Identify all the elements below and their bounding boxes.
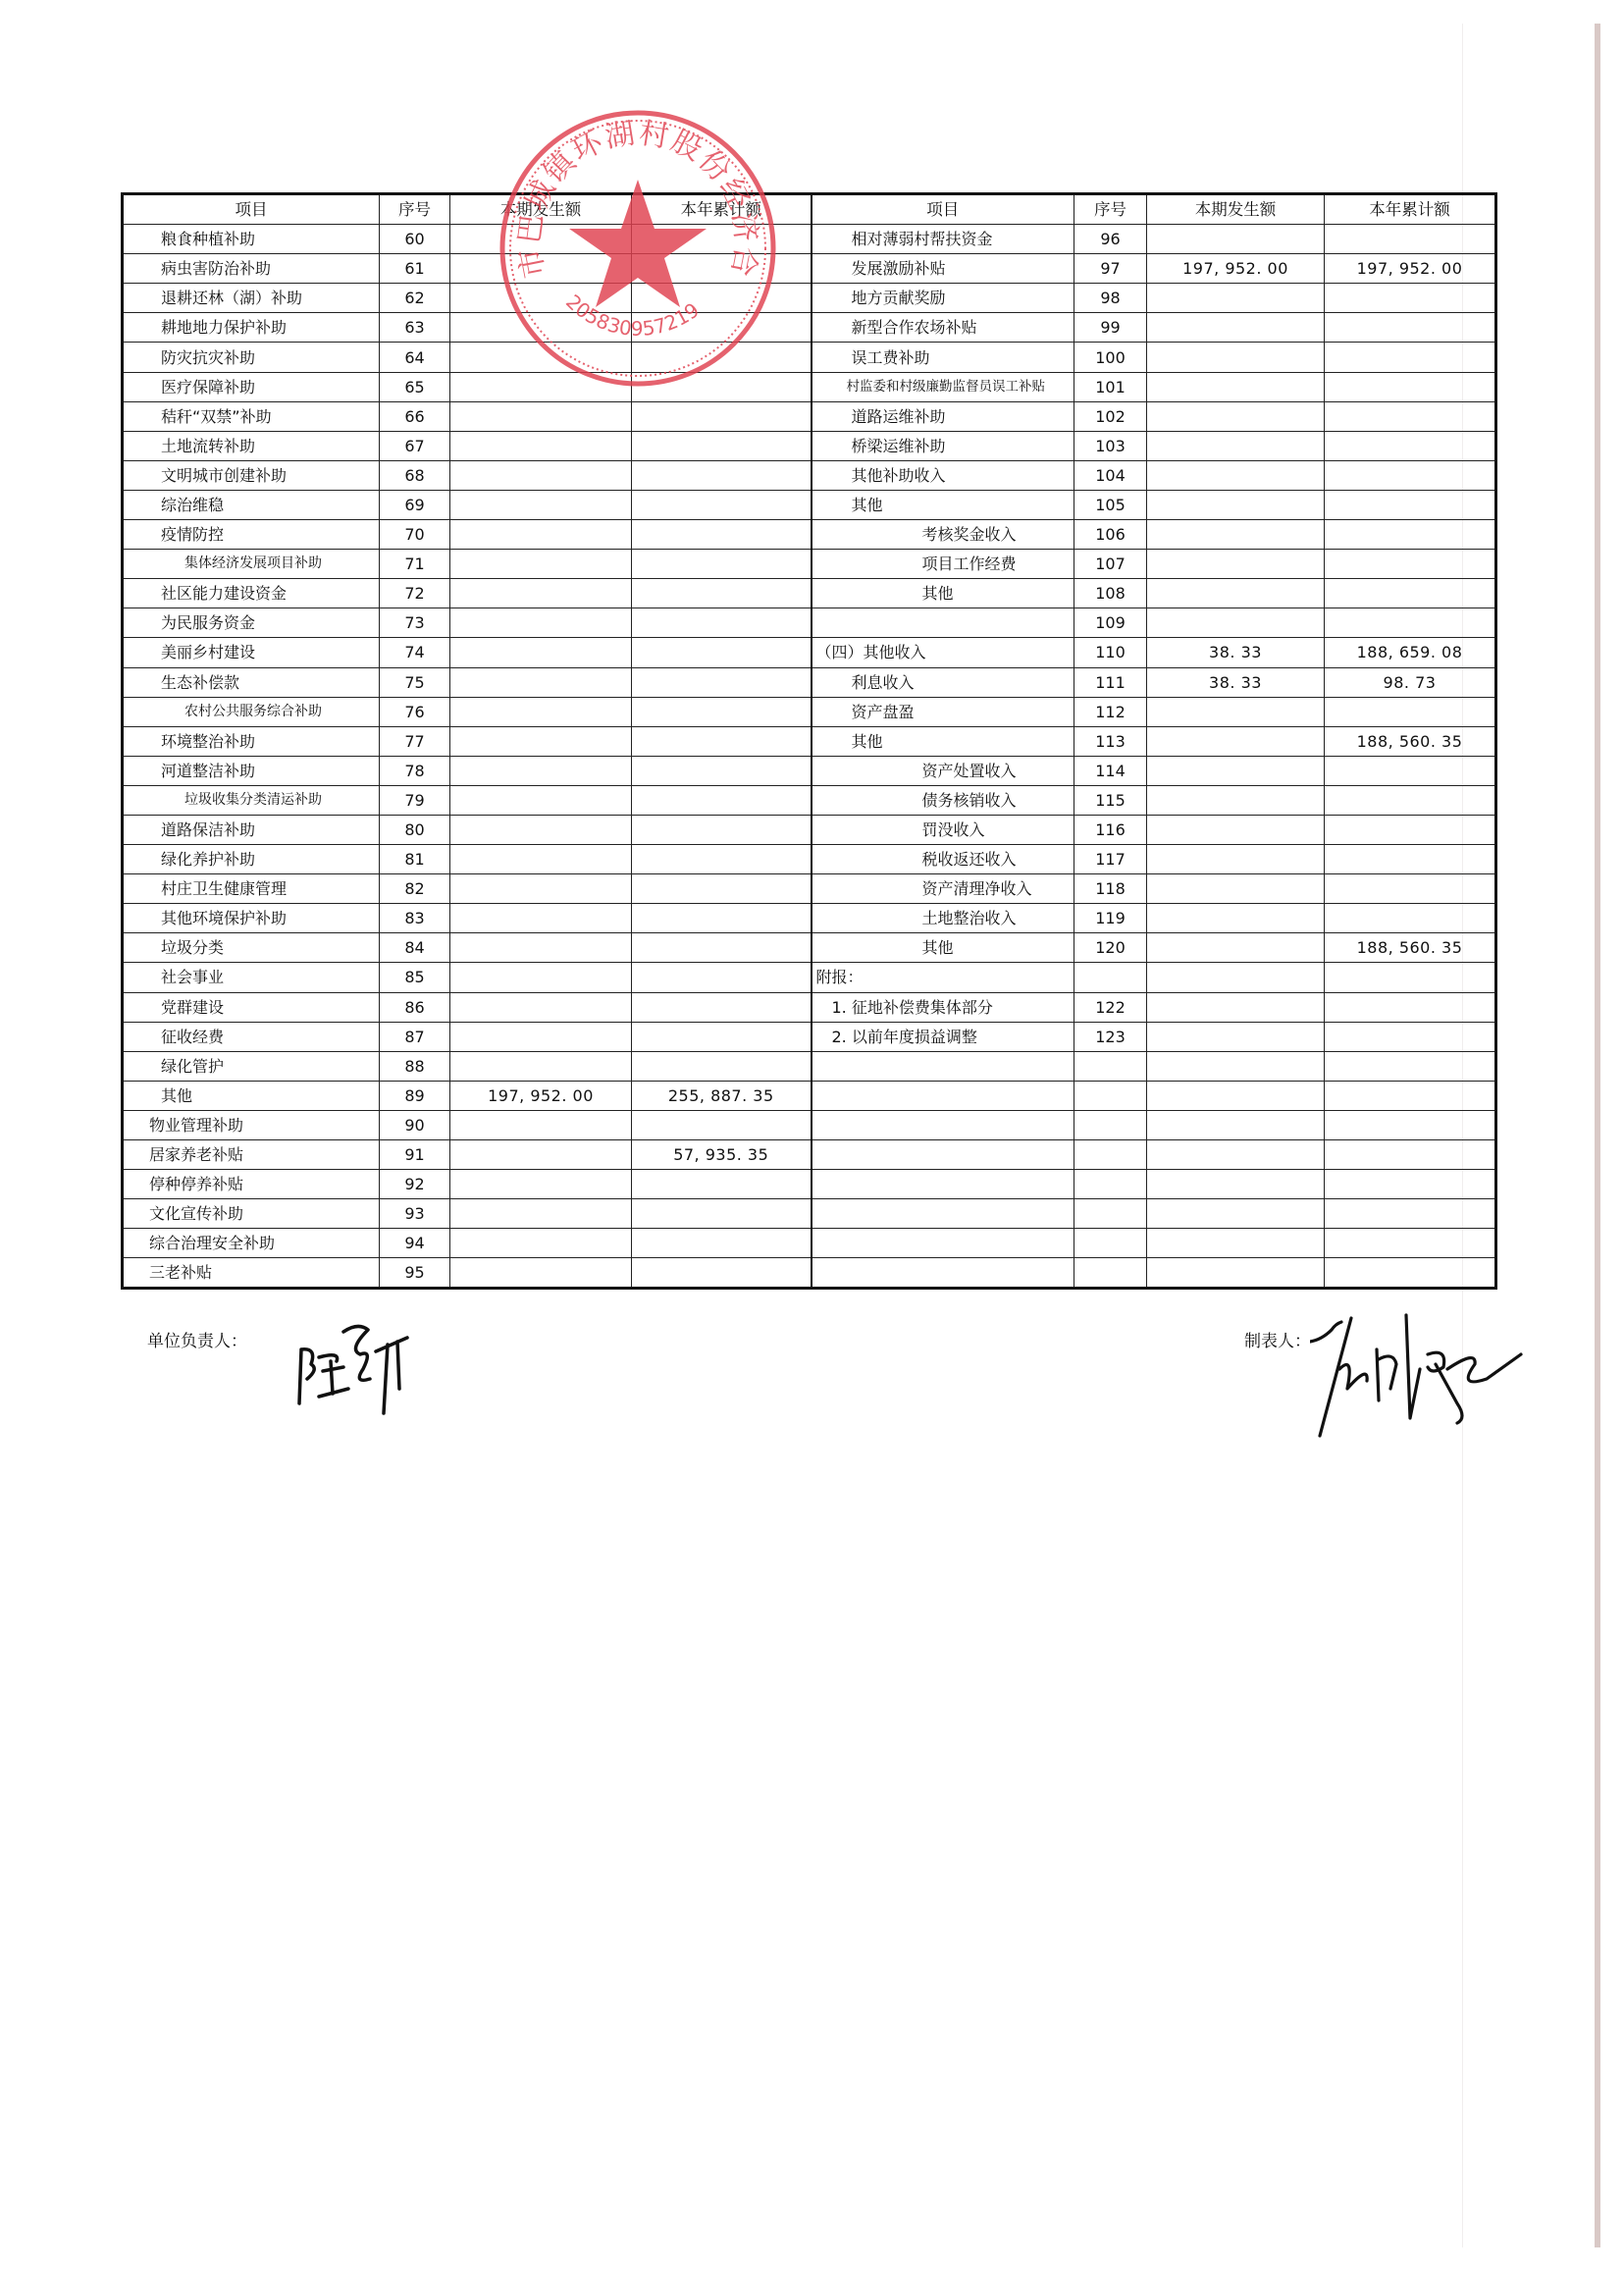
- row-item: 土地流转补助: [123, 431, 380, 460]
- table-row: 绿化养护补助81税收返还收入117: [123, 845, 1496, 874]
- row-current-amount: [450, 726, 632, 756]
- row-seq-right: 98: [1074, 284, 1147, 313]
- row-current-amount: [450, 697, 632, 726]
- row-item-right: 2. 以前年度损益调整: [812, 1022, 1074, 1051]
- row-ytd-amount-right: [1325, 904, 1496, 933]
- table-row: 耕地地力保护补助63新型合作农场补贴99: [123, 313, 1496, 343]
- row-seq-right: 97: [1074, 254, 1147, 284]
- row-item: 其他环境保护补助: [123, 904, 380, 933]
- row-current-amount: [450, 904, 632, 933]
- row-current-amount-right: 197, 952. 00: [1147, 254, 1325, 284]
- row-item: 农村公共服务综合补助: [123, 697, 380, 726]
- row-item: 秸秆“双禁”补助: [123, 401, 380, 431]
- row-current-amount-right: [1147, 550, 1325, 579]
- row-seq-right: 109: [1074, 608, 1147, 638]
- table-row: 河道整洁补助78资产处置收入114: [123, 756, 1496, 785]
- row-seq-right: 103: [1074, 431, 1147, 460]
- table-row: 绿化管护88: [123, 1051, 1496, 1081]
- row-current-amount: [450, 1022, 632, 1051]
- row-ytd-amount: [632, 992, 812, 1022]
- row-seq-right: 116: [1074, 815, 1147, 844]
- row-item-right: 其他: [812, 490, 1074, 519]
- table-row: 文明城市创建补助68其他补助收入104: [123, 460, 1496, 490]
- row-seq-right: [1074, 1051, 1147, 1081]
- row-seq: 79: [380, 785, 450, 815]
- row-item-right: 地方贡献奖励: [812, 284, 1074, 313]
- header-item-right: 项目: [812, 194, 1074, 225]
- row-ytd-amount: [632, 785, 812, 815]
- row-seq: 63: [380, 313, 450, 343]
- row-seq: 66: [380, 401, 450, 431]
- row-ytd-amount-right: 188, 560. 35: [1325, 933, 1496, 963]
- row-ytd-amount: [632, 1170, 812, 1199]
- row-item: 医疗保障补助: [123, 372, 380, 401]
- row-item-right: 新型合作农场补贴: [812, 313, 1074, 343]
- row-item-right: [812, 1170, 1074, 1199]
- header-ytd: 本年累计额: [632, 194, 812, 225]
- row-current-amount-right: [1147, 1081, 1325, 1110]
- row-ytd-amount: [632, 608, 812, 638]
- row-seq-right: 114: [1074, 756, 1147, 785]
- row-item-right: 项目工作经费: [812, 550, 1074, 579]
- row-current-amount: [450, 1110, 632, 1139]
- row-ytd-amount-right: [1325, 1229, 1496, 1258]
- row-ytd-amount-right: [1325, 697, 1496, 726]
- row-item: 河道整洁补助: [123, 756, 380, 785]
- row-seq-right: 113: [1074, 726, 1147, 756]
- row-ytd-amount-right: [1325, 1051, 1496, 1081]
- row-ytd-amount-right: [1325, 608, 1496, 638]
- row-seq-right: 122: [1074, 992, 1147, 1022]
- row-seq-right: 123: [1074, 1022, 1147, 1051]
- row-ytd-amount-right: [1325, 313, 1496, 343]
- row-seq-right: 108: [1074, 579, 1147, 608]
- row-item: 居家养老补贴: [123, 1140, 380, 1170]
- row-item: 道路保洁补助: [123, 815, 380, 844]
- row-item-right: 相对薄弱村帮扶资金: [812, 225, 1074, 254]
- row-item-right: 村监委和村级廉勤监督员误工补贴: [812, 372, 1074, 401]
- row-ytd-amount: [632, 460, 812, 490]
- row-current-amount: [450, 460, 632, 490]
- row-seq: 91: [380, 1140, 450, 1170]
- row-ytd-amount-right: [1325, 520, 1496, 550]
- row-current-amount-right: [1147, 608, 1325, 638]
- row-item: 垃圾分类: [123, 933, 380, 963]
- row-current-amount-right: [1147, 431, 1325, 460]
- row-current-amount: 197, 952. 00: [450, 1081, 632, 1110]
- row-seq: 82: [380, 874, 450, 904]
- row-ytd-amount: [632, 874, 812, 904]
- row-seq-right: [1074, 1081, 1147, 1110]
- table-row: 退耕还林（湖）补助62地方贡献奖励98: [123, 284, 1496, 313]
- row-ytd-amount: [632, 372, 812, 401]
- row-ytd-amount-right: [1325, 815, 1496, 844]
- row-item-right: 其他: [812, 579, 1074, 608]
- row-ytd-amount-right: [1325, 401, 1496, 431]
- row-ytd-amount: [632, 550, 812, 579]
- row-current-amount: [450, 667, 632, 697]
- row-current-amount-right: [1147, 874, 1325, 904]
- table-header-row: 项目 序号 本期发生额 本年累计额 项目 序号 本期发生额 本年累计额: [123, 194, 1496, 225]
- row-seq-right: 115: [1074, 785, 1147, 815]
- row-item: 物业管理补助: [123, 1110, 380, 1139]
- row-seq: 88: [380, 1051, 450, 1081]
- row-seq: 60: [380, 225, 450, 254]
- row-seq: 93: [380, 1199, 450, 1229]
- table-row: 防灾抗灾补助64误工费补助100: [123, 343, 1496, 372]
- row-item-right: 桥梁运维补助: [812, 431, 1074, 460]
- row-ytd-amount-right: [1325, 1022, 1496, 1051]
- row-current-amount-right: [1147, 933, 1325, 963]
- row-item-right: [812, 1081, 1074, 1110]
- row-current-amount-right: [1147, 1022, 1325, 1051]
- row-current-amount-right: [1147, 756, 1325, 785]
- row-ytd-amount: [632, 697, 812, 726]
- row-seq: 71: [380, 550, 450, 579]
- row-item: 综合治理安全补助: [123, 1229, 380, 1258]
- row-current-amount-right: [1147, 579, 1325, 608]
- row-current-amount: [450, 933, 632, 963]
- table-row: 粮食种植补助60相对薄弱村帮扶资金96: [123, 225, 1496, 254]
- row-current-amount-right: [1147, 520, 1325, 550]
- row-seq: 87: [380, 1022, 450, 1051]
- row-ytd-amount-right: [1325, 1170, 1496, 1199]
- row-seq: 73: [380, 608, 450, 638]
- row-current-amount-right: [1147, 845, 1325, 874]
- preparer-label: 制表人：: [1244, 1327, 1311, 1351]
- row-current-amount: [450, 254, 632, 284]
- row-seq: 86: [380, 992, 450, 1022]
- row-current-amount: [450, 1229, 632, 1258]
- row-seq-right: [1074, 1170, 1147, 1199]
- header-current: 本期发生额: [450, 194, 632, 225]
- table-row: 疫情防控70考核奖金收入106: [123, 520, 1496, 550]
- row-item: 文明城市创建补助: [123, 460, 380, 490]
- row-item: 环境整治补助: [123, 726, 380, 756]
- row-seq: 68: [380, 460, 450, 490]
- row-seq: 62: [380, 284, 450, 313]
- row-ytd-amount: [632, 1022, 812, 1051]
- row-ytd-amount: [632, 579, 812, 608]
- row-seq-right: [1074, 963, 1147, 992]
- row-item-right: 利息收入: [812, 667, 1074, 697]
- row-seq: 74: [380, 638, 450, 667]
- row-ytd-amount: [632, 343, 812, 372]
- row-ytd-amount-right: [1325, 579, 1496, 608]
- row-current-amount: [450, 313, 632, 343]
- row-ytd-amount-right: [1325, 992, 1496, 1022]
- row-seq-right: 107: [1074, 550, 1147, 579]
- row-seq-right: [1074, 1140, 1147, 1170]
- row-item: 停种停养补贴: [123, 1170, 380, 1199]
- row-current-amount-right: [1147, 401, 1325, 431]
- row-seq-right: 105: [1074, 490, 1147, 519]
- row-item: 防灾抗灾补助: [123, 343, 380, 372]
- row-item: 文化宣传补助: [123, 1199, 380, 1229]
- page-edge: [1595, 24, 1600, 2247]
- table-row: 综合治理安全补助94: [123, 1229, 1496, 1258]
- table-row: 秸秆“双禁”补助66道路运维补助102: [123, 401, 1496, 431]
- table-row: 其他环境保护补助83土地整治收入119: [123, 904, 1496, 933]
- row-item: 集体经济发展项目补助: [123, 550, 380, 579]
- row-seq-right: 120: [1074, 933, 1147, 963]
- row-seq: 69: [380, 490, 450, 519]
- row-item: 绿化养护补助: [123, 845, 380, 874]
- table-row: 生态补偿款75利息收入11138. 3398. 73: [123, 667, 1496, 697]
- row-item: 耕地地力保护补助: [123, 313, 380, 343]
- table-row: 土地流转补助67桥梁运维补助103: [123, 431, 1496, 460]
- row-item-right: 资产盘盈: [812, 697, 1074, 726]
- row-item: 综治维稳: [123, 490, 380, 519]
- row-item-right: [812, 1140, 1074, 1170]
- row-current-amount: [450, 845, 632, 874]
- unit-head-signature: [289, 1310, 417, 1418]
- row-seq: 84: [380, 933, 450, 963]
- row-item: 美丽乡村建设: [123, 638, 380, 667]
- row-item-right: 罚没收入: [812, 815, 1074, 844]
- row-current-amount: [450, 1140, 632, 1170]
- row-seq: 94: [380, 1229, 450, 1258]
- header-seq: 序号: [380, 194, 450, 225]
- row-current-amount-right: [1147, 1051, 1325, 1081]
- row-current-amount: [450, 550, 632, 579]
- row-seq-right: 100: [1074, 343, 1147, 372]
- row-seq-right: 117: [1074, 845, 1147, 874]
- row-current-amount-right: [1147, 460, 1325, 490]
- row-ytd-amount: [632, 1229, 812, 1258]
- row-seq: 67: [380, 431, 450, 460]
- row-ytd-amount-right: [1325, 845, 1496, 874]
- row-ytd-amount-right: [1325, 1081, 1496, 1110]
- row-ytd-amount-right: [1325, 460, 1496, 490]
- row-seq: 77: [380, 726, 450, 756]
- row-seq-right: 99: [1074, 313, 1147, 343]
- row-item: 绿化管护: [123, 1051, 380, 1081]
- row-ytd-amount-right: [1325, 490, 1496, 519]
- row-ytd-amount: [632, 313, 812, 343]
- row-ytd-amount-right: [1325, 874, 1496, 904]
- row-seq-right: 112: [1074, 697, 1147, 726]
- row-item: 村庄卫生健康管理: [123, 874, 380, 904]
- row-current-amount-right: [1147, 225, 1325, 254]
- row-current-amount: [450, 874, 632, 904]
- row-seq: 92: [380, 1170, 450, 1199]
- row-seq-right: [1074, 1229, 1147, 1258]
- row-seq-right: [1074, 1258, 1147, 1289]
- row-ytd-amount: [632, 1110, 812, 1139]
- row-current-amount: [450, 1170, 632, 1199]
- row-item-right: [812, 1051, 1074, 1081]
- row-seq: 65: [380, 372, 450, 401]
- row-item: 其他: [123, 1081, 380, 1110]
- row-item-right: 资产处置收入: [812, 756, 1074, 785]
- row-item-right: （四）其他收入: [812, 638, 1074, 667]
- row-ytd-amount: [632, 933, 812, 963]
- row-current-amount: [450, 372, 632, 401]
- row-ytd-amount: 57, 935. 35: [632, 1140, 812, 1170]
- row-current-amount: [450, 401, 632, 431]
- row-item-right: 发展激励补贴: [812, 254, 1074, 284]
- row-item: 征收经费: [123, 1022, 380, 1051]
- row-seq-right: 110: [1074, 638, 1147, 667]
- row-current-amount-right: [1147, 785, 1325, 815]
- row-ytd-amount-right: 98. 73: [1325, 667, 1496, 697]
- row-ytd-amount: [632, 756, 812, 785]
- row-item-right: 考核奖金收入: [812, 520, 1074, 550]
- row-seq: 80: [380, 815, 450, 844]
- row-ytd-amount: [632, 845, 812, 874]
- row-item-right: [812, 1258, 1074, 1289]
- row-seq: 95: [380, 1258, 450, 1289]
- row-seq: 64: [380, 343, 450, 372]
- row-current-amount-right: [1147, 1258, 1325, 1289]
- row-item-right: 土地整治收入: [812, 904, 1074, 933]
- table-row: 病虫害防治补助61发展激励补贴97197, 952. 00197, 952. 0…: [123, 254, 1496, 284]
- row-ytd-amount-right: [1325, 431, 1496, 460]
- header-ytd-right: 本年累计额: [1325, 194, 1496, 225]
- row-item-right: 资产清理净收入: [812, 874, 1074, 904]
- table-row: 环境整治补助77其他113188, 560. 35: [123, 726, 1496, 756]
- row-current-amount-right: [1147, 1140, 1325, 1170]
- row-item-right: 债务核销收入: [812, 785, 1074, 815]
- row-item: 病虫害防治补助: [123, 254, 380, 284]
- row-ytd-amount: [632, 726, 812, 756]
- table-row: 集体经济发展项目补助71项目工作经费107: [123, 550, 1496, 579]
- row-item-right: 其他: [812, 726, 1074, 756]
- table-row: 居家养老补贴9157, 935. 35: [123, 1140, 1496, 1170]
- row-ytd-amount-right: [1325, 550, 1496, 579]
- row-current-amount: [450, 785, 632, 815]
- table-row: 医疗保障补助65村监委和村级廉勤监督员误工补贴101: [123, 372, 1496, 401]
- row-seq: 75: [380, 667, 450, 697]
- row-ytd-amount-right: [1325, 1199, 1496, 1229]
- row-current-amount-right: [1147, 963, 1325, 992]
- row-current-amount-right: 38. 33: [1147, 638, 1325, 667]
- row-item-right: 税收返还收入: [812, 845, 1074, 874]
- header-item: 项目: [123, 194, 380, 225]
- income-detail-table: 项目 序号 本期发生额 本年累计额 项目 序号 本期发生额 本年累计额 粮食种植…: [121, 192, 1497, 1290]
- row-current-amount-right: [1147, 992, 1325, 1022]
- row-current-amount: [450, 284, 632, 313]
- row-current-amount-right: [1147, 372, 1325, 401]
- row-current-amount-right: [1147, 1170, 1325, 1199]
- row-item-right: 误工费补助: [812, 343, 1074, 372]
- row-seq: 81: [380, 845, 450, 874]
- row-seq: 61: [380, 254, 450, 284]
- row-ytd-amount-right: [1325, 284, 1496, 313]
- row-seq: 89: [380, 1081, 450, 1110]
- row-seq-right: 96: [1074, 225, 1147, 254]
- row-seq-right: 101: [1074, 372, 1147, 401]
- row-seq-right: [1074, 1199, 1147, 1229]
- row-item: 疫情防控: [123, 520, 380, 550]
- row-item: 为民服务资金: [123, 608, 380, 638]
- table-row: 农村公共服务综合补助76资产盘盈112: [123, 697, 1496, 726]
- row-ytd-amount: [632, 638, 812, 667]
- table-row: 物业管理补助90: [123, 1110, 1496, 1139]
- row-seq: 83: [380, 904, 450, 933]
- table-row: 村庄卫生健康管理82资产清理净收入118: [123, 874, 1496, 904]
- row-current-amount-right: [1147, 343, 1325, 372]
- row-seq-right: 104: [1074, 460, 1147, 490]
- row-ytd-amount-right: [1325, 372, 1496, 401]
- table-row: 党群建设861. 征地补偿费集体部分122: [123, 992, 1496, 1022]
- row-ytd-amount: [632, 815, 812, 844]
- row-seq: 76: [380, 697, 450, 726]
- table-row: 文化宣传补助93: [123, 1199, 1496, 1229]
- row-item-right: [812, 1229, 1074, 1258]
- row-seq-right: 119: [1074, 904, 1147, 933]
- row-item-right: 其他: [812, 933, 1074, 963]
- row-item-right: 道路运维补助: [812, 401, 1074, 431]
- row-seq: 72: [380, 579, 450, 608]
- row-item-right: [812, 1199, 1074, 1229]
- table-row: 停种停养补贴92: [123, 1170, 1496, 1199]
- row-current-amount-right: [1147, 726, 1325, 756]
- header-seq-right: 序号: [1074, 194, 1147, 225]
- table-row: 为民服务资金73109: [123, 608, 1496, 638]
- row-ytd-amount: [632, 284, 812, 313]
- table-row: 垃圾收集分类清运补助79债务核销收入115: [123, 785, 1496, 815]
- row-current-amount-right: [1147, 904, 1325, 933]
- table-row: 道路保洁补助80罚没收入116: [123, 815, 1496, 844]
- row-ytd-amount: [632, 1199, 812, 1229]
- row-ytd-amount: [632, 963, 812, 992]
- row-current-amount: [450, 1051, 632, 1081]
- table-row: 征收经费872. 以前年度损益调整123: [123, 1022, 1496, 1051]
- row-current-amount: [450, 756, 632, 785]
- row-current-amount: [450, 490, 632, 519]
- row-ytd-amount: [632, 401, 812, 431]
- row-item-right: [812, 608, 1074, 638]
- row-item: 三老补贴: [123, 1258, 380, 1289]
- row-current-amount-right: [1147, 1199, 1325, 1229]
- row-seq: 78: [380, 756, 450, 785]
- row-current-amount-right: [1147, 490, 1325, 519]
- table-row: 社会事业85附报：: [123, 963, 1496, 992]
- table-row: 三老补贴95: [123, 1258, 1496, 1289]
- row-ytd-amount: [632, 254, 812, 284]
- row-ytd-amount-right: [1325, 1258, 1496, 1289]
- row-ytd-amount: [632, 1258, 812, 1289]
- row-ytd-amount-right: 188, 560. 35: [1325, 726, 1496, 756]
- row-item: 粮食种植补助: [123, 225, 380, 254]
- row-item: 生态补偿款: [123, 667, 380, 697]
- row-current-amount: [450, 992, 632, 1022]
- row-item: 社区能力建设资金: [123, 579, 380, 608]
- preparer-signature: [1310, 1310, 1536, 1438]
- row-ytd-amount: [632, 225, 812, 254]
- row-current-amount: [450, 520, 632, 550]
- table-row: 综治维稳69其他105: [123, 490, 1496, 519]
- row-current-amount-right: [1147, 697, 1325, 726]
- row-seq-right: 111: [1074, 667, 1147, 697]
- row-item: 党群建设: [123, 992, 380, 1022]
- row-current-amount: [450, 225, 632, 254]
- row-ytd-amount-right: [1325, 1110, 1496, 1139]
- row-current-amount-right: [1147, 1229, 1325, 1258]
- row-seq-right: 102: [1074, 401, 1147, 431]
- row-item: 社会事业: [123, 963, 380, 992]
- row-current-amount: [450, 638, 632, 667]
- row-current-amount: [450, 579, 632, 608]
- row-item: 垃圾收集分类清运补助: [123, 785, 380, 815]
- row-current-amount: [450, 815, 632, 844]
- row-ytd-amount-right: [1325, 963, 1496, 992]
- table-row: 美丽乡村建设74（四）其他收入11038. 33188, 659. 08: [123, 638, 1496, 667]
- row-current-amount: [450, 608, 632, 638]
- row-current-amount: [450, 431, 632, 460]
